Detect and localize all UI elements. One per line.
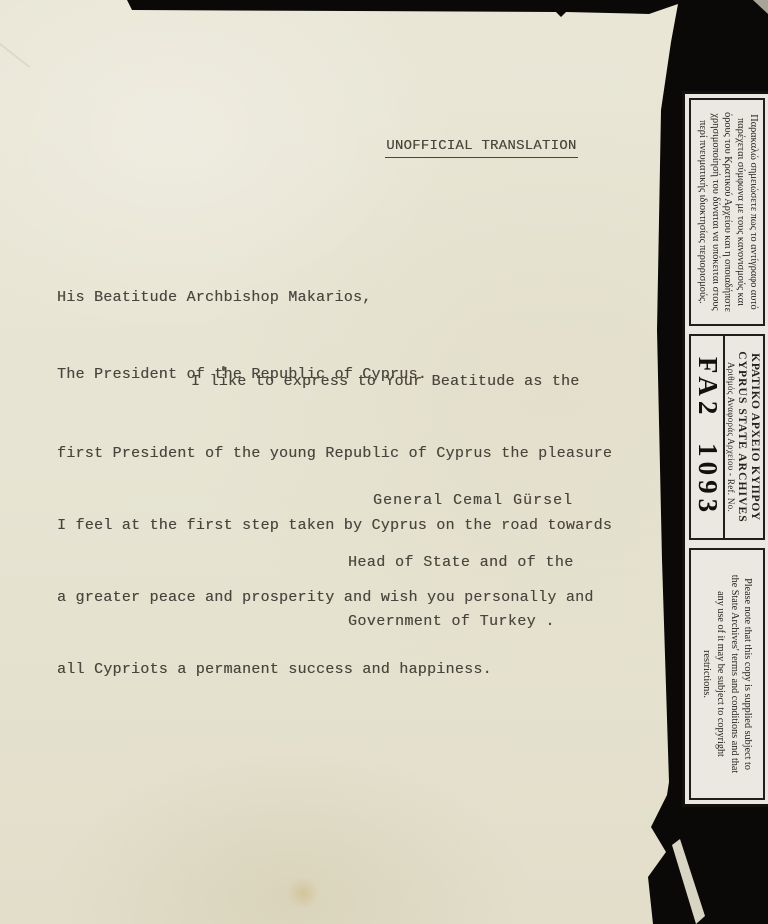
signature-title-line: Head of State and of the [348, 553, 574, 573]
archive-label: Παρακαλώ σημειώσετε πως το αντίγραφο αυτ… [682, 91, 768, 807]
org-name-english: CYPRUS STATE ARCHIVES [736, 336, 749, 538]
greek-notice-line: περί πνευματικής ιδιοκτησίας περιορισμού… [695, 104, 708, 320]
english-notice-section: Please note that this copy is supplied s… [689, 548, 765, 800]
archive-label-rotated: Παρακαλώ σημειώσετε πως το αντίγραφο αυτ… [682, 91, 768, 807]
greek-notice-line: όρους του Κρατικού Αρχείου και η οποιαδή… [721, 104, 734, 320]
signature-title: Head of State and of the Government of T… [348, 514, 574, 651]
body-line: all Cypriots a permanent success and hap… [57, 658, 612, 682]
recipient-line: His Beatitude Archbishop Makarios, [57, 285, 427, 311]
greek-notice-line: παρέχεται σύμφωνα με τους κανονισμούς κα… [733, 104, 746, 320]
body-line: I like to express to Your Beatitude as t… [57, 370, 612, 394]
ink-speck [222, 366, 225, 371]
signature-name: General Cemal Gürsel [373, 492, 573, 509]
ref-number: FA2 1093 [691, 336, 726, 538]
body-line: first President of the young Republic of… [57, 442, 612, 466]
label-header-lines: ΚΡΑΤΙΚΟ ΑΡΧΕΙΟ ΚΥΠΡΟΥ CYPRUS STATE ARCHI… [726, 336, 764, 538]
english-notice-line: the State Archives' terms and conditions… [727, 550, 741, 798]
org-name-greek: ΚΡΑΤΙΚΟ ΑΡΧΕΙΟ ΚΥΠΡΟΥ [749, 336, 762, 538]
paper-crease [0, 38, 30, 68]
english-notice-line: Please note that this copy is supplied s… [741, 550, 755, 798]
signature-title-line: Government of Turkey . [348, 612, 574, 632]
english-notice-line: restrictions. [700, 550, 714, 798]
scan-background: { "letter": { "title": "UNOFFICIAL TRANS… [0, 0, 768, 924]
greek-notice-section: Παρακαλώ σημειώσετε πως το αντίγραφο αυτ… [689, 98, 765, 326]
english-notice-line: any use of it may be subject to copyrigh… [713, 550, 727, 798]
greek-notice-line: χρησιμοποίησή του δύναται να υπόκειται σ… [708, 104, 721, 320]
letter-title: UNOFFICIAL TRANSLATION [366, 118, 578, 158]
ref-number-caption: Αριθμός Αναφοράς Αρχείου - Ref. No. [726, 336, 737, 538]
greek-notice-line: Παρακαλώ σημειώσετε πως το αντίγραφο αυτ… [746, 104, 759, 320]
label-header-section: ΚΡΑΤΙΚΟ ΑΡΧΕΙΟ ΚΥΠΡΟΥ CYPRUS STATE ARCHI… [689, 334, 765, 540]
